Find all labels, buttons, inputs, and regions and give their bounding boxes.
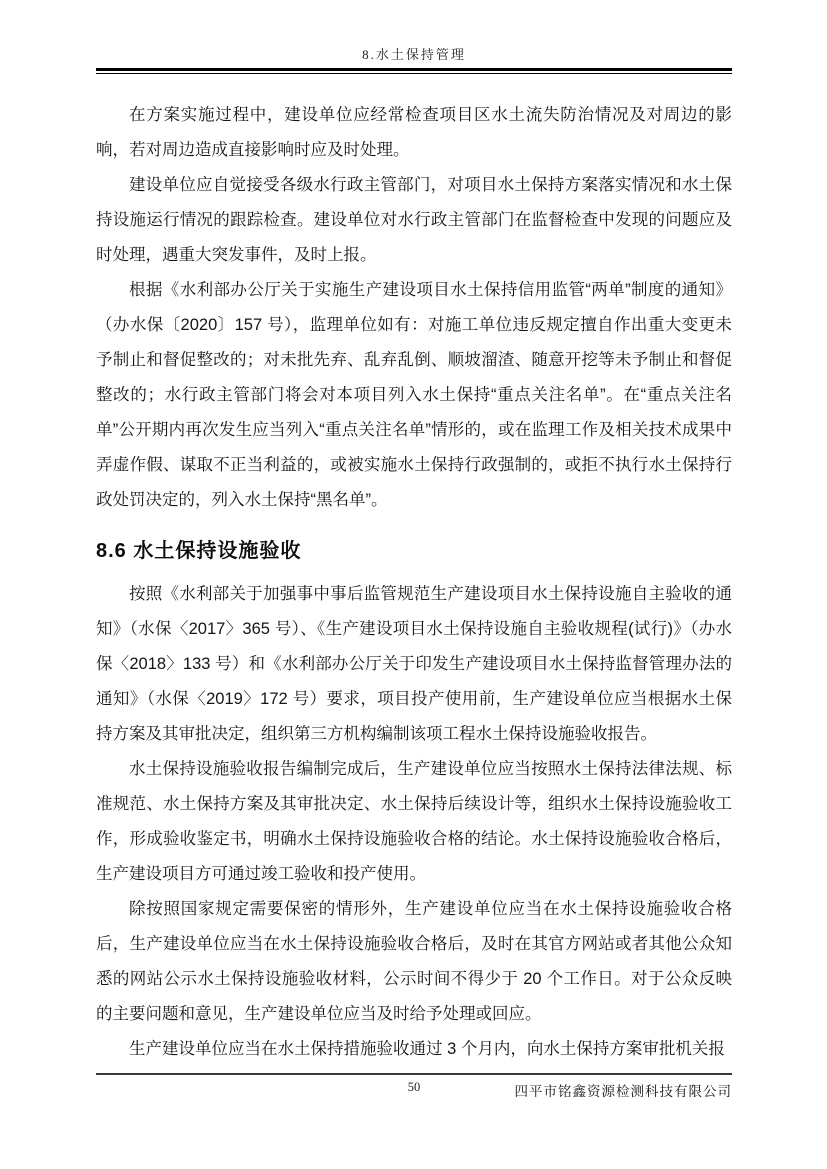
footer-company-name: 四平市铭鑫资源检测科技有限公司 xyxy=(515,1080,733,1100)
page-header: 8.水土保持管理 xyxy=(96,44,732,74)
body-paragraph: 按照《水利部关于加强事中事后监管规范生产建设项目水土保持设施自主验收的通知》（水… xyxy=(96,577,732,752)
body-paragraph: 水土保持设施验收报告编制完成后，生产建设单位应当按照水土保持法律法规、标准规范、… xyxy=(96,752,732,892)
body-paragraph: 除按照国家规定需要保密的情形外，生产建设单位应当在水土保持设施验收合格后，生产建… xyxy=(96,892,732,1032)
footer-rule xyxy=(96,1073,732,1075)
running-header-title: 8.水土保持管理 xyxy=(96,44,732,63)
page-footer: 50 四平市铭鑫资源检测科技有限公司 xyxy=(96,1073,732,1100)
footer-row: 50 四平市铭鑫资源检测科技有限公司 xyxy=(96,1080,732,1100)
header-double-rule xyxy=(96,68,732,74)
body-paragraph: 建设单位应自觉接受各级水行政主管部门，对项目水土保持方案落实情况和水土保持设施运… xyxy=(96,168,732,273)
body-paragraph: 在方案实施过程中，建设单位应经常检查项目区水土流失防治情况及对周边的影响，若对周… xyxy=(96,98,732,168)
document-page: 8.水土保持管理 在方案实施过程中，建设单位应经常检查项目区水土流失防治情况及对… xyxy=(0,0,827,1169)
section-heading-8-6: 8.6 水土保持设施验收 xyxy=(96,538,732,565)
body-paragraph: 生产建设单位应当在水土保持措施验收通过 3 个月内，向水土保持方案审批机关报 xyxy=(96,1032,732,1067)
page-content: 在方案实施过程中，建设单位应经常检查项目区水土流失防治情况及对周边的影响，若对周… xyxy=(96,98,732,1067)
body-paragraph: 根据《水利部办公厅关于实施生产建设项目水土保持信用监管“两单”制度的通知》（办水… xyxy=(96,273,732,518)
